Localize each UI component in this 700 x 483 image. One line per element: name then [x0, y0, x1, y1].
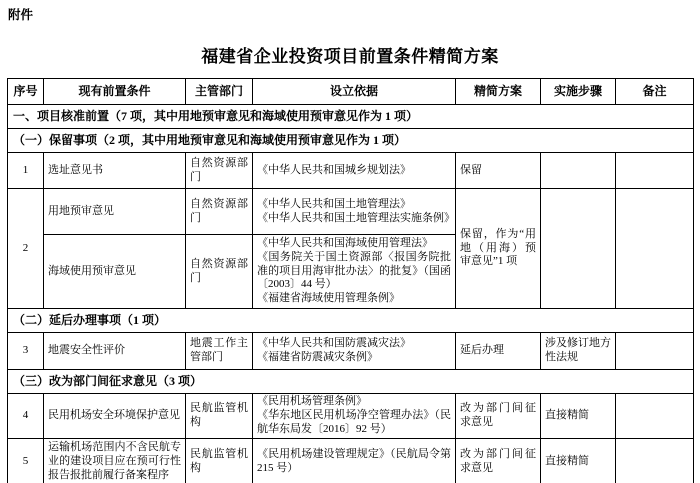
item-row-3: 3 地震安全性评价 地震工作主管部门 《中华人民共和国防震减灾法》 《福建省防震… [8, 333, 694, 370]
department-cell: 自然资源部门 [186, 189, 253, 235]
header-cell-condition: 现有前置条件 [44, 79, 186, 105]
note-cell [616, 333, 694, 370]
no-cell: 5 [8, 438, 44, 483]
plan-cell: 改为部门间征求意见 [456, 394, 541, 439]
item-row-4: 4 民用机场安全环境保护意见 民航监管机构 《民用机场管理条例》 《华东地区民用… [8, 394, 694, 439]
department-cell: 民航监管机构 [186, 438, 253, 483]
header-cell-basis: 设立依据 [253, 79, 456, 105]
basis-cell: 《民用机场建设管理规定》（民航局令第 215 号） [253, 438, 456, 483]
item-row-1: 1 选址意见书 自然资源部门 《中华人民共和国城乡规划法》 保留 [8, 153, 694, 189]
department-cell: 自然资源部门 [186, 153, 253, 189]
section-title: 一、项目核准前置（7 项，其中用地预审意见和海域使用预审意见作为 1 项） [8, 105, 694, 129]
item-row-5: 5 运输机场范围内不含民航专业的建设项目应在预可行性报告报批前履行备案程序 民航… [8, 438, 694, 483]
steps-cell [541, 189, 616, 309]
plan-cell: 延后办理 [456, 333, 541, 370]
item-row-2a: 2 用地预审意见 自然资源部门 《中华人民共和国土地管理法》 《中华人民共和国土… [8, 189, 694, 235]
section-title: （一）保留事项（2 项，其中用地预审意见和海域使用预审意见作为 1 项） [8, 129, 694, 153]
plan-cell: 保留 [456, 153, 541, 189]
no-cell: 3 [8, 333, 44, 370]
header-cell-no: 序号 [8, 79, 44, 105]
document-page: 附件 福建省企业投资项目前置条件精简方案 序号 现有前置条件 主管部门 设立依据… [0, 0, 700, 483]
section-title: （二）延后办理事项（1 项） [8, 309, 694, 333]
header-cell-steps: 实施步骤 [541, 79, 616, 105]
note-cell [616, 189, 694, 309]
steps-cell: 直接精简 [541, 394, 616, 439]
no-cell: 4 [8, 394, 44, 439]
condition-cell: 海域使用预审意见 [44, 235, 186, 309]
basis-cell: 《中华人民共和国城乡规划法》 [253, 153, 456, 189]
page-title: 福建省企业投资项目前置条件精简方案 [0, 42, 700, 67]
basis-cell: 《中华人民共和国海域使用管理法》 《国务院关于国土资源部〈报国务院批准的项目用海… [253, 235, 456, 309]
steps-cell: 直接精简 [541, 438, 616, 483]
section-title: （三）改为部门间征求意见（3 项） [8, 370, 694, 394]
note-cell [616, 153, 694, 189]
basis-cell: 《民用机场管理条例》 《华东地区民用机场净空管理办法》（民航华东局发〔2016〕… [253, 394, 456, 439]
condition-cell: 选址意见书 [44, 153, 186, 189]
header-cell-plan: 精简方案 [456, 79, 541, 105]
note-cell [616, 438, 694, 483]
section-row-retained: （一）保留事项（2 项，其中用地预审意见和海域使用预审意见作为 1 项） [8, 129, 694, 153]
basis-cell: 《中华人民共和国防震减灾法》 《福建省防震减灾条例》 [253, 333, 456, 370]
plan-cell: 保留，作为“用地（用海）预审意见”1 项 [456, 189, 541, 309]
header-cell-department: 主管部门 [186, 79, 253, 105]
department-cell: 自然资源部门 [186, 235, 253, 309]
table-header-row: 序号 现有前置条件 主管部门 设立依据 精简方案 实施步骤 备注 [8, 79, 694, 105]
condition-cell: 民用机场安全环境保护意见 [44, 394, 186, 439]
no-cell: 1 [8, 153, 44, 189]
header-cell-note: 备注 [616, 79, 694, 105]
section-row-deferred: （二）延后办理事项（1 项） [8, 309, 694, 333]
note-cell [616, 394, 694, 439]
section-row-approval: 一、项目核准前置（7 项，其中用地预审意见和海域使用预审意见作为 1 项） [8, 105, 694, 129]
condition-cell: 运输机场范围内不含民航专业的建设项目应在预可行性报告报批前履行备案程序 [44, 438, 186, 483]
precondition-table: 序号 现有前置条件 主管部门 设立依据 精简方案 实施步骤 备注 一、项目核准前… [7, 78, 694, 483]
basis-cell: 《中华人民共和国土地管理法》 《中华人民共和国土地管理法实施条例》 [253, 189, 456, 235]
section-row-interdept: （三）改为部门间征求意见（3 项） [8, 370, 694, 394]
condition-cell: 用地预审意见 [44, 189, 186, 235]
plan-cell: 改为部门间征求意见 [456, 438, 541, 483]
steps-cell: 涉及修订地方性法规 [541, 333, 616, 370]
attachment-label: 附件 [8, 5, 33, 23]
department-cell: 地震工作主管部门 [186, 333, 253, 370]
condition-cell: 地震安全性评价 [44, 333, 186, 370]
steps-cell [541, 153, 616, 189]
no-cell: 2 [8, 189, 44, 309]
department-cell: 民航监管机构 [186, 394, 253, 439]
